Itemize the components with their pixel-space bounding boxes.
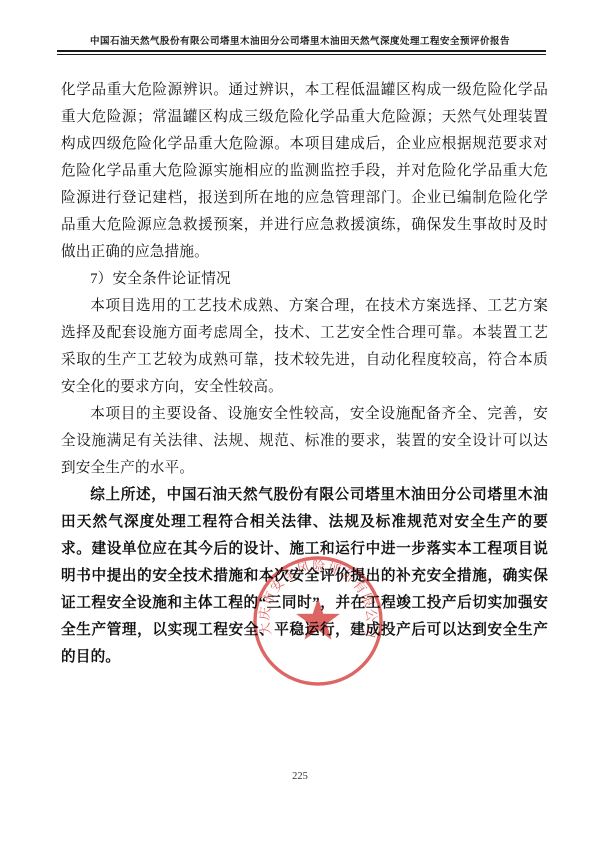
conclusion-paragraph: 综上所述，中国石油天然气股份有限公司塔里木油田分公司塔里木油田天然气深度处理工程… [61, 482, 548, 671]
paragraph-continuation: 化学品重大危险源辨识。通过辨识，本工程低温罐区构成一级危险化学品重大危险源；常温… [61, 77, 548, 266]
report-page: 中国石油天然气股份有限公司塔里木油田分公司塔里木油田天然气深度处理工程安全预评价… [0, 0, 600, 848]
header-divider [57, 50, 546, 55]
body-text: 化学品重大危险源辨识。通过辨识，本工程低温罐区构成一级危险化学品重大危险源；常温… [61, 77, 548, 671]
paragraph: 本项目选用的工艺技术成熟、方案合理，在技术方案选择、工艺方案选择及配套设施方面考… [61, 293, 548, 401]
paragraph: 本项目的主要设备、设施安全性较高，安全设施配备齐全、完善，安全设施满足有关法律、… [61, 401, 548, 482]
section-heading: 7）安全条件论证情况 [61, 266, 548, 293]
page-number: 225 [0, 771, 600, 782]
page-header-title: 中国石油天然气股份有限公司塔里木油田分公司塔里木油田天然气深度处理工程安全预评价… [50, 33, 550, 47]
